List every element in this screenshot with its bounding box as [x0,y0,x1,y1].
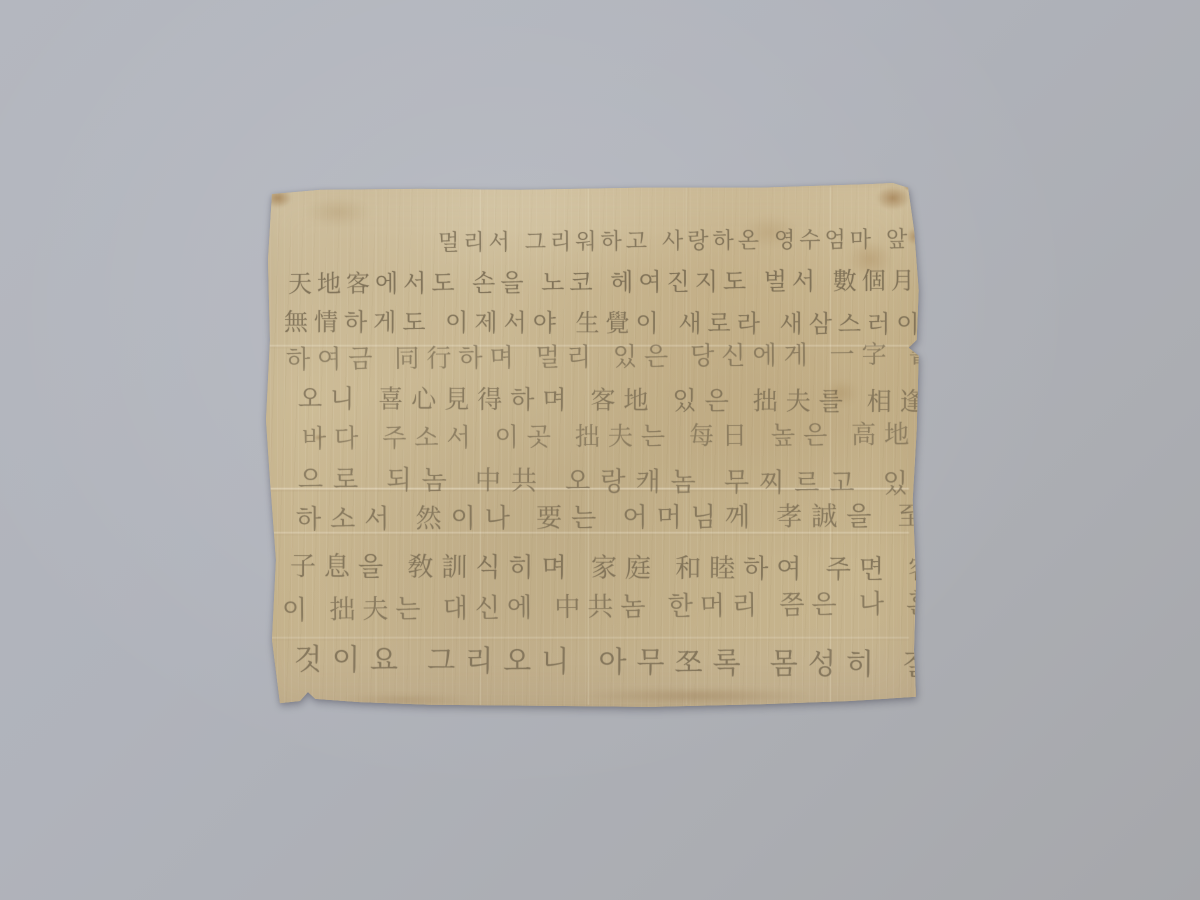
letter-title-line: 멀리서 그리워하고 사랑하온 영수엄마 앞 [438,223,911,257]
letter-text: 멀리서 그리워하고 사랑하온 영수엄마 앞 天地客에서도 손을 노코 헤여진지도… [256,182,922,710]
letter-paper-wrapper: 멀리서 그리워하고 사랑하온 영수엄마 앞 天地客에서도 손을 노코 헤여진지도… [256,182,922,710]
letter-line: 子息을 敎訓식히며 家庭 和睦하여 주면 客地에 [290,546,1010,587]
letter-paper: 멀리서 그리워하고 사랑하온 영수엄마 앞 天地客에서도 손을 노코 헤여진지도… [256,182,922,710]
